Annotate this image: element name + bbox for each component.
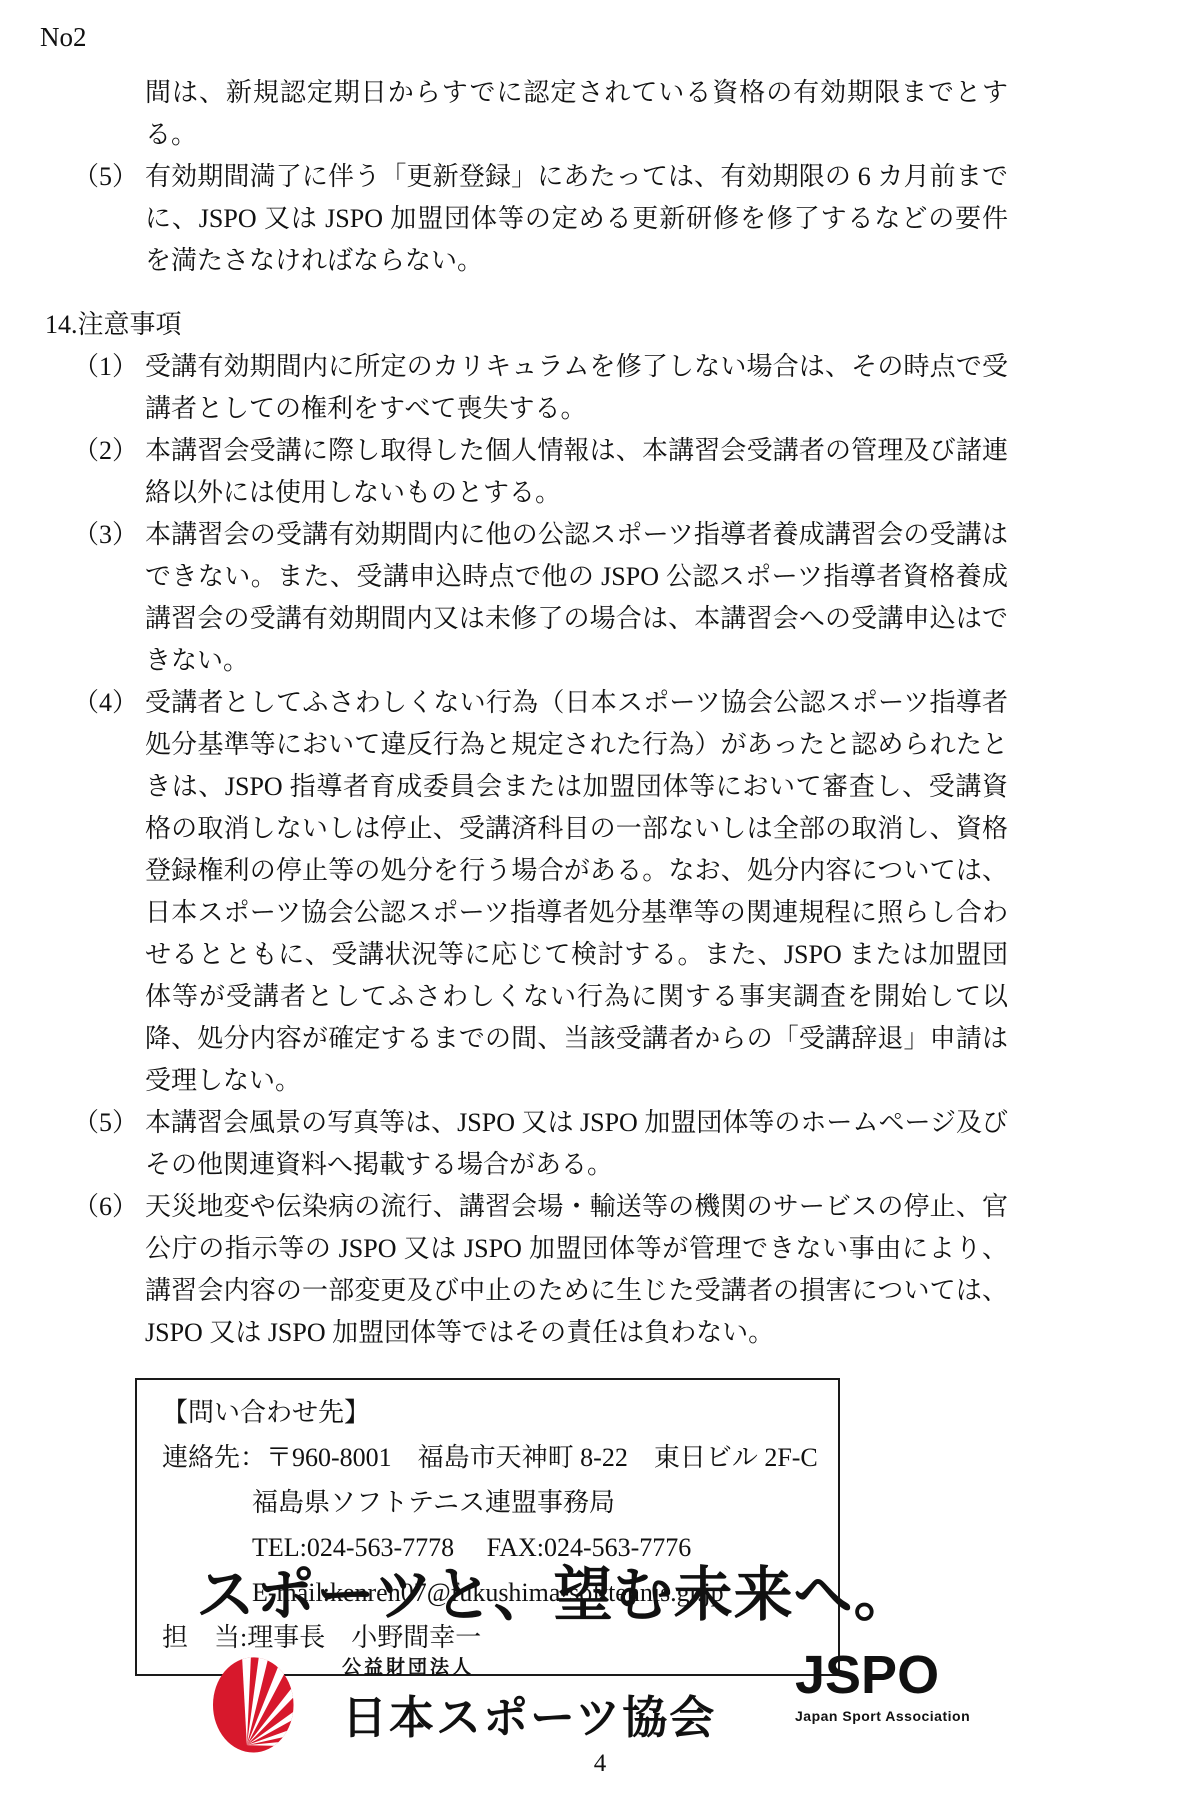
list-item: （3） 本講習会の受講有効期間内に他の公認スポーツ指導者養成講習会の受講はできな… [145,514,1008,682]
list-item: （1） 受講有効期間内に所定のカリキュラムを修了しない場合は、その時点で受講者と… [145,346,1008,430]
jspo-subtitle: Japan Sport Association [795,1708,970,1724]
list-item: （5） 本講習会風景の写真等は、JSPO 又は JSPO 加盟団体等のホームペー… [145,1102,1008,1186]
list-item: （4） 受講者としてふさわしくない行為（日本スポーツ協会公認スポーツ指導者処分基… [145,682,1008,1102]
list-item-marker: （5） [73,1102,138,1144]
list-item-marker: （3） [73,514,138,556]
contact-box-title: 【問い合わせ先】 [162,1390,822,1435]
footer-slogan: スポーツと、望む未来へ。 [196,1560,914,1631]
jspo-wordmark: JSPO [795,1648,970,1702]
jspo-emblem-icon [210,1650,302,1758]
list-item-text: 有効期間満了に伴う「更新登録」にあたっては、有効期限の 6 カ月前までに、JSP… [145,156,1008,282]
list-item-marker: （5） [73,156,138,198]
org-logo-block: 公益財団法人 日本スポーツ協会 [342,1652,716,1746]
page-header-label: No2 [40,22,87,53]
list-item: （2） 本講習会受講に際し取得した個人情報は、本講習会受講者の管理及び諸連絡以外… [145,430,1008,514]
contact-info-box: 【問い合わせ先】 連絡先：〒960-8001 福島市天神町 8-22 東日ビル … [135,1378,840,1676]
document-body: 間は、新規認定期日からすでに認定されている資格の有効期限までとする。 （5） 有… [145,72,1008,1676]
contact-org-line: 福島県ソフトテニス連盟事務局 [162,1480,822,1525]
list-item-text: 本講習会の受講有効期間内に他の公認スポーツ指導者養成講習会の受講はできない。また… [145,514,1008,682]
list-item: （6） 天災地変や伝染病の流行、講習会場・輸送等の機関のサービスの停止、官公庁の… [145,1186,1008,1354]
org-name-label: 日本スポーツ協会 [342,1681,716,1746]
list-item-marker: （4） [73,682,138,724]
document-page: No2 間は、新規認定期日からすでに認定されている資格の有効期限までとする。 （… [0,0,1200,1799]
list-item-text: 受講者としてふさわしくない行為（日本スポーツ協会公認スポーツ指導者処分基準等にお… [145,682,1008,1102]
carryover-line: 間は、新規認定期日からすでに認定されている資格の有効期限までとする。 [145,72,1008,156]
list-item-marker: （2） [73,430,138,472]
contact-address-line: 連絡先：〒960-8001 福島市天神町 8-22 東日ビル 2F-C [162,1435,822,1480]
jspo-logo-block: JSPO Japan Sport Association [795,1648,970,1724]
list-item: （5） 有効期間満了に伴う「更新登録」にあたっては、有効期限の 6 カ月前までに… [145,156,1008,282]
page-number: 4 [0,1750,1200,1778]
list-item-text: 受講有効期間内に所定のカリキュラムを修了しない場合は、その時点で受講者としての権… [145,346,1008,430]
section-heading: 14.注意事項 [45,304,1008,346]
list-item-marker: （6） [73,1186,138,1228]
list-item-text: 本講習会受講に際し取得した個人情報は、本講習会受講者の管理及び諸連絡以外には使用… [145,430,1008,514]
list-item-text: 天災地変や伝染病の流行、講習会場・輸送等の機関のサービスの停止、官公庁の指示等の… [145,1186,1008,1354]
list-item-marker: （1） [73,346,138,388]
org-type-label: 公益財団法人 [342,1652,716,1679]
list-item-text: 本講習会風景の写真等は、JSPO 又は JSPO 加盟団体等のホームページ及びそ… [145,1102,1008,1186]
